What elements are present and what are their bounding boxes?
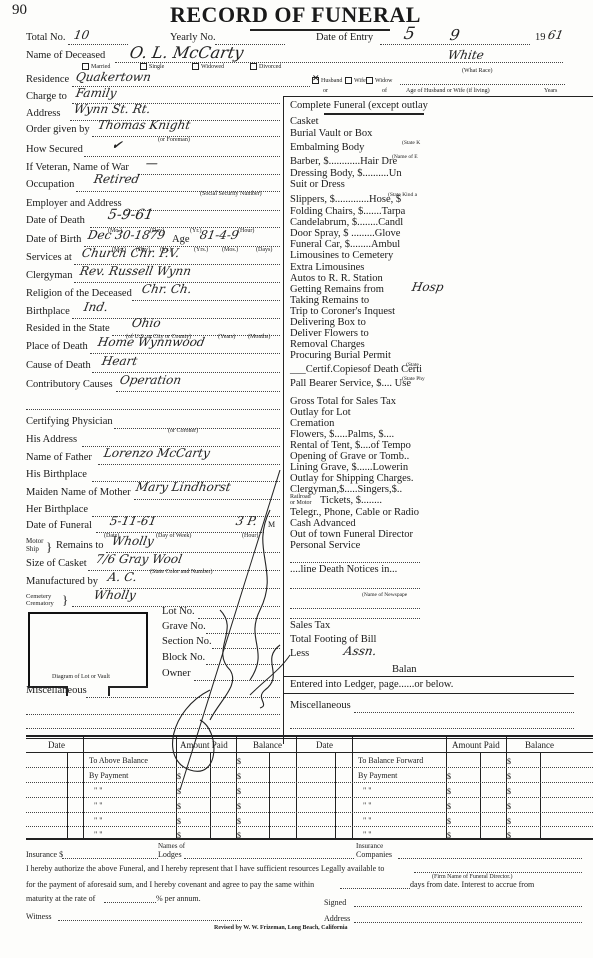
dotted-leader: [290, 608, 420, 609]
resided-label: Resided in the State: [26, 323, 110, 334]
currency-symbol: $: [507, 757, 511, 766]
dotted-leader: [398, 858, 582, 859]
relation-label: Widow: [375, 78, 392, 84]
charge-barber: Barber, $............Hair Dre: [290, 156, 397, 167]
charges-panel: Complete Funeral (except outlay Casket B…: [283, 96, 593, 744]
total-cremation: Cremation: [290, 418, 334, 429]
date-of-entry-label: Date of Entry: [316, 32, 373, 43]
order-given-by-value[interactable]: Thomas Knight: [97, 118, 192, 132]
charge-getting-remains: Getting Remains from: [290, 284, 384, 295]
charge-pall-bearer: Pall Bearer Service, $.... Use: [290, 378, 411, 389]
cemetery-label: Cemetery: [26, 593, 54, 600]
yearly-no-label: Yearly No.: [170, 32, 216, 43]
complete-funeral-heading: Complete Funeral (except outlay: [290, 100, 428, 111]
charge-to-value[interactable]: Family: [75, 86, 118, 100]
currency-symbol: $: [507, 831, 511, 840]
col-divider: [83, 737, 84, 838]
total-cash-advanced: Cash Advanced: [290, 518, 356, 529]
relation-label: Wife: [354, 78, 366, 84]
dotted-leader: [138, 174, 280, 175]
date-of-birth-value[interactable]: Dec 30-1879: [87, 228, 167, 242]
currency-symbol: $: [447, 831, 451, 840]
his-birthplace-label: His Birthplace: [26, 469, 87, 480]
resided-caption-months: (Months): [248, 334, 270, 340]
ledger-row-line: [26, 826, 593, 827]
mother-label: Maiden Name of Mother: [26, 487, 131, 498]
age-spouse-unit: Years: [544, 88, 557, 94]
dotted-leader: [340, 888, 410, 889]
religion-value[interactable]: Chr. Ch.: [141, 282, 193, 296]
ledger-header-rule: [26, 752, 593, 753]
charge-delivering-box: Delivering Box to: [290, 317, 366, 328]
currency-symbol: $: [177, 802, 181, 811]
place-of-death-value[interactable]: Home Wynnwood: [97, 335, 206, 349]
birthplace-label: Birthplace: [26, 306, 70, 317]
lodges-caption: Names of: [158, 842, 185, 850]
newspaper-caption: (Name of Newspape: [362, 592, 407, 598]
relation-husband[interactable]: Husband: [312, 77, 342, 84]
relation-or: or: [323, 88, 328, 94]
checkbox-married[interactable]: [82, 63, 89, 70]
balance-label: Balan: [392, 664, 417, 675]
authorization-line-3b: % per annum.: [156, 894, 201, 903]
insurance-label: Insurance $: [26, 850, 63, 859]
or-motor-label: or Motor: [290, 500, 312, 506]
ledger-left-row-6: " ": [94, 830, 103, 839]
ledger-left-row-4: " ": [94, 801, 103, 810]
checkbox-husband[interactable]: [312, 77, 319, 84]
col-divider: [296, 737, 297, 838]
total-no-label: Total No.: [26, 32, 66, 43]
ledger-right-row-2: By Payment: [358, 771, 397, 780]
diagram-notch-right: [108, 686, 110, 696]
checkbox-divorced[interactable]: [250, 63, 257, 70]
cemetery-crematory-prefix: CemeteryCrematory: [26, 593, 54, 607]
dod-caption-hour: (Hour): [238, 228, 254, 234]
ship-label: Ship: [26, 545, 44, 553]
marital-divorced[interactable]: Divorced: [250, 63, 281, 70]
total-telegr: Telegr., Phone, Cable or Radio: [290, 507, 419, 518]
entered-ledger-label: Entered into Ledger, page......or below.: [290, 679, 453, 690]
dotted-leader: [400, 84, 565, 85]
authorization-line-2a: for the payment of aforesaid sum, and I …: [26, 880, 314, 889]
date-of-death-value[interactable]: 5-9-61: [107, 207, 155, 223]
her-birthplace-label: Her Birthplace: [26, 504, 88, 515]
authorization-line-1: I hereby authorize the above Funeral, an…: [26, 864, 384, 873]
page-number: 90: [12, 2, 27, 19]
total-no-value[interactable]: 10: [73, 28, 91, 42]
ledger-right-balance-header: Balance: [525, 740, 554, 750]
marital-single[interactable]: Single: [140, 63, 164, 70]
ledger-left-date-header: Date: [48, 740, 65, 750]
currency-symbol: $: [447, 787, 451, 796]
getting-remains-value[interactable]: Hosp: [411, 280, 445, 294]
currency-symbol: $: [237, 802, 241, 811]
currency-symbol: $: [447, 802, 451, 811]
currency-symbol: $: [507, 787, 511, 796]
dotted-leader: [290, 588, 420, 589]
relation-of: of: [382, 88, 387, 94]
dob-caption-mos: (Mos.): [222, 247, 238, 253]
marital-label: Widowed: [201, 64, 224, 70]
services-at-value[interactable]: Church Chr. P.V.: [81, 246, 181, 260]
total-gross-sales-tax: Gross Total for Sales Tax: [290, 396, 396, 407]
deceased-name-value[interactable]: O. L. McCarty: [128, 43, 245, 62]
services-at-label: Services at: [26, 252, 72, 263]
date-of-funeral-label: Date of Funeral: [26, 520, 92, 531]
marital-label: Married: [91, 64, 110, 70]
deceased-name-label: Name of Deceased: [26, 50, 105, 61]
birthplace-value[interactable]: Ind.: [83, 300, 109, 314]
age-label: Age: [172, 234, 190, 245]
total-tent: Rental of Tent, $....of Tempo: [290, 440, 411, 451]
total-out-of-town: Out of town Funeral Director: [290, 529, 413, 540]
dotted-leader: [72, 318, 280, 319]
dob-caption-yrs: (Yrs.): [194, 247, 208, 253]
address-label-footer: Address: [324, 914, 350, 923]
cause-of-death-value[interactable]: Heart: [101, 354, 139, 368]
resided-value[interactable]: Ohio: [131, 316, 162, 330]
ledger-right-row-1: To Balance Forward: [358, 756, 423, 765]
revised-credit: Revised by W. W. Frizeman, Long Beach, C…: [214, 925, 348, 931]
coroner-caption: (or Coroner): [168, 428, 198, 434]
relation-widow[interactable]: Widow: [366, 77, 392, 84]
physician-label: Certifying Physician: [26, 416, 113, 427]
remains-to-value[interactable]: Wholly: [111, 534, 155, 548]
dotted-leader: [116, 391, 280, 392]
occupation-value[interactable]: Retired: [93, 172, 141, 186]
charge-removal: Removal Charges: [290, 339, 365, 350]
charge-door-spray: Door Spray, $ .........Glove: [290, 228, 400, 239]
charge-slippers: Slippers, $.............Hose, $: [290, 194, 401, 205]
sales-tax-label: Sales Tax: [290, 620, 330, 631]
interest-rate-field: [104, 902, 156, 903]
dotted-leader: [290, 618, 420, 619]
charge-autos: Autos to R. R. Station: [290, 273, 383, 284]
diagram-bottom-right: [108, 686, 148, 688]
diagram-caption-label: Diagram of Lot or Vault: [52, 674, 110, 680]
charge-deliver-flowers: Deliver Flowers to: [290, 328, 369, 339]
diagram-caption-text: Diagram of Lot or Vault: [52, 674, 110, 680]
date-of-death-label: Date of Death: [26, 215, 85, 226]
ledger-left-row-1: To Above Balance: [89, 756, 148, 765]
his-address-label: His Address: [26, 434, 77, 445]
charge-limousines: Limousines to Cemetery: [290, 250, 393, 261]
ledger-row-line: [26, 812, 593, 813]
dotted-leader: [26, 409, 280, 410]
currency-symbol: $: [237, 831, 241, 840]
currency-symbol: $: [237, 817, 241, 826]
race-value[interactable]: White: [447, 48, 485, 62]
charge-funeral-car: Funeral Car, $........Ambul: [290, 239, 400, 250]
remains-to-label: Remains to: [56, 540, 104, 551]
dotted-leader: [115, 62, 563, 63]
total-shipping: Outlay for Shipping Charges.: [290, 473, 413, 484]
ledger-top-rule: [26, 735, 593, 737]
contributory-value[interactable]: Operation: [119, 373, 183, 387]
address-label: Address: [26, 108, 60, 119]
charge-death-cert: ___Certif.Copiesof Death Certi: [290, 364, 422, 375]
charge-burial-vault: Burial Vault or Box: [290, 128, 372, 139]
col-divider: [352, 737, 353, 838]
total-personal-service: Personal Service: [290, 540, 360, 551]
religion-label: Religion of the Deceased: [26, 288, 132, 299]
companies-label: Companies: [356, 850, 392, 859]
signed-field[interactable]: [354, 906, 582, 907]
motor-ship-prefix: MotorShip: [26, 537, 44, 553]
race-caption: (What Race): [462, 68, 492, 74]
title-underline: [250, 29, 390, 31]
dotted-leader: [98, 464, 280, 465]
ledger-underline: [284, 693, 574, 694]
how-secured-label: How Secured: [26, 144, 83, 155]
order-given-by-label: Order given by: [26, 124, 90, 135]
address-field[interactable]: [354, 922, 582, 923]
heading-underline: [324, 113, 424, 115]
checkbox-single[interactable]: [140, 63, 147, 70]
total-flowers: Flowers, $.....Palms, $....: [290, 429, 394, 440]
marital-married[interactable]: Married: [82, 63, 110, 70]
charge-candelabrum: Candelabrum, $........Candl: [290, 217, 403, 228]
charge-casket: Casket: [290, 116, 319, 127]
age-value[interactable]: 81-4-9: [199, 228, 240, 242]
ledger-top-rule-2: [26, 738, 593, 739]
currency-symbol: $: [507, 772, 511, 781]
entry-year[interactable]: 61: [547, 28, 565, 42]
witness-label: Witness: [26, 912, 51, 921]
ledger-right-row-3: " ": [363, 786, 372, 795]
witness-field[interactable]: [58, 920, 242, 921]
ledger-row-line: [26, 782, 593, 783]
charge-to-label: Charge to: [26, 91, 67, 102]
total-outlay-lot: Outlay for Lot: [290, 407, 351, 418]
charge-caption: (State K: [402, 140, 420, 146]
companies-caption: Insurance: [356, 842, 383, 850]
employer-label: Employer and Address: [26, 198, 122, 209]
lodges-label: Lodges: [158, 850, 182, 859]
ledger-rule: [284, 676, 574, 677]
less-value[interactable]: Assn.: [343, 644, 378, 658]
crematory-label: Crematory: [26, 600, 54, 607]
charge-burial-permit: Procuring Burial Permit: [290, 350, 391, 361]
resided-caption-years: (Years): [218, 334, 235, 340]
checkbox-wife[interactable]: [345, 77, 352, 84]
manufactured-by-value[interactable]: A. C.: [107, 570, 138, 584]
ledger-row-line: [26, 767, 593, 768]
cause-of-death-label: Cause of Death: [26, 360, 91, 371]
dotted-leader: [290, 562, 420, 563]
how-secured-value[interactable]: ✔: [111, 138, 124, 152]
railroad-prefix: Railroador Motor: [290, 494, 312, 506]
ledger-right-date-header: Date: [316, 740, 333, 750]
authorization-line-3a: maturity at the rate of: [26, 894, 95, 903]
ledger-left-row-2: By Payment: [89, 771, 128, 780]
occupation-label: Occupation: [26, 179, 74, 190]
relation-wife[interactable]: Wife: [345, 77, 366, 84]
year-prefix: 19: [535, 32, 546, 43]
currency-symbol: $: [177, 817, 181, 826]
total-opening-grave: Opening of Grave or Tomb..: [290, 451, 409, 462]
ledger-left-row-3: " ": [94, 786, 103, 795]
death-notices: ....line Death Notices in...: [290, 564, 397, 575]
charge-coroner-trip: Trip to Coroner's Inquest: [290, 306, 395, 317]
dotted-leader: [132, 300, 280, 301]
ledger-right-amount-header: Amount Paid: [452, 740, 500, 750]
relation-label: Husband: [321, 78, 342, 84]
residence-value[interactable]: Quakertown: [75, 70, 152, 84]
clergyman-value[interactable]: Rev. Russell Wynn: [79, 264, 193, 278]
manufactured-by-label: Manufactured by: [26, 576, 98, 587]
contributory-label: Contributory Causes: [26, 379, 113, 390]
dotted-leader: [184, 858, 354, 859]
place-of-death-label: Place of Death: [26, 341, 88, 352]
checkbox-widowed[interactable]: [192, 63, 199, 70]
charge-suit: Suit or Dress: [290, 179, 345, 190]
cemetery-value[interactable]: Wholly: [93, 588, 137, 602]
dotted-leader: [414, 872, 582, 873]
charge-dressing-body: Dressing Body, $..........Un: [290, 168, 402, 179]
ssn-caption: (Social Security Number): [200, 191, 262, 197]
brace: }: [62, 592, 68, 608]
currency-symbol: $: [507, 802, 511, 811]
entry-month[interactable]: 5: [402, 24, 416, 44]
charge-embalming: Embalming Body: [290, 142, 364, 153]
marital-label: Single: [149, 64, 164, 70]
initials-scrawl-icon: [240, 640, 300, 710]
total-lining-grave: Lining Grave, $......Lowerin: [290, 462, 408, 473]
father-label: Name of Father: [26, 452, 92, 463]
dotted-leader: [62, 858, 158, 859]
motor-label: Motor: [26, 537, 44, 545]
casket-size-label: Size of Casket: [26, 558, 87, 569]
dotted-leader: [354, 712, 574, 713]
misc-label-left: Miscellaneous: [26, 685, 87, 696]
charge-taking-remains: Taking Remains to: [290, 295, 369, 306]
total-tickets: Tickets, $........: [320, 495, 382, 506]
dob-caption-days: (Days): [256, 247, 272, 253]
funeral-record-page: 90 RECORD OF FUNERAL Total No. 10 Yearly…: [0, 0, 593, 958]
dotted-leader: [380, 44, 530, 45]
currency-symbol: $: [447, 817, 451, 826]
charge-folding-chairs: Folding Chairs, $.......Tarpa: [290, 206, 405, 217]
ledger-row-line: [26, 797, 593, 798]
ledger-right-row-6: " ": [363, 830, 372, 839]
authorization-line-2b: days from date. Interest to accrue from: [410, 880, 534, 889]
order-caption: (or Foreman): [158, 137, 190, 143]
signed-label: Signed: [324, 898, 346, 907]
signature-scrawl-icon: [150, 470, 290, 790]
father-value[interactable]: Lorenzo McCarty: [103, 446, 211, 460]
dotted-leader: [290, 728, 574, 729]
ledger-right-row-5: " ": [363, 816, 372, 825]
page-title: RECORD OF FUNERAL: [170, 2, 421, 28]
ledger-right-row-4: " ": [363, 801, 372, 810]
marital-widowed[interactable]: Widowed: [192, 63, 224, 70]
charge-extra-limousines: Extra Limousines: [290, 262, 364, 273]
entry-day[interactable]: 9: [448, 26, 461, 44]
brace: }: [46, 539, 52, 555]
veteran-value[interactable]: —: [145, 156, 159, 170]
ledger-left-row-5: " ": [94, 816, 103, 825]
checkbox-widow[interactable]: [366, 77, 373, 84]
currency-symbol: $: [447, 772, 451, 781]
marital-label: Divorced: [259, 64, 281, 70]
date-of-birth-label: Date of Birth: [26, 234, 81, 245]
residence-label: Residence: [26, 74, 69, 85]
clergyman-label: Clergyman: [26, 270, 72, 281]
currency-symbol: $: [177, 831, 181, 840]
dotted-leader: [68, 44, 128, 45]
dotted-leader: [84, 156, 280, 157]
currency-symbol: $: [507, 817, 511, 826]
address-value[interactable]: Wynn St. Rt.: [73, 102, 152, 116]
age-spouse-label: Age of Husband or Wife (if living): [406, 88, 490, 94]
